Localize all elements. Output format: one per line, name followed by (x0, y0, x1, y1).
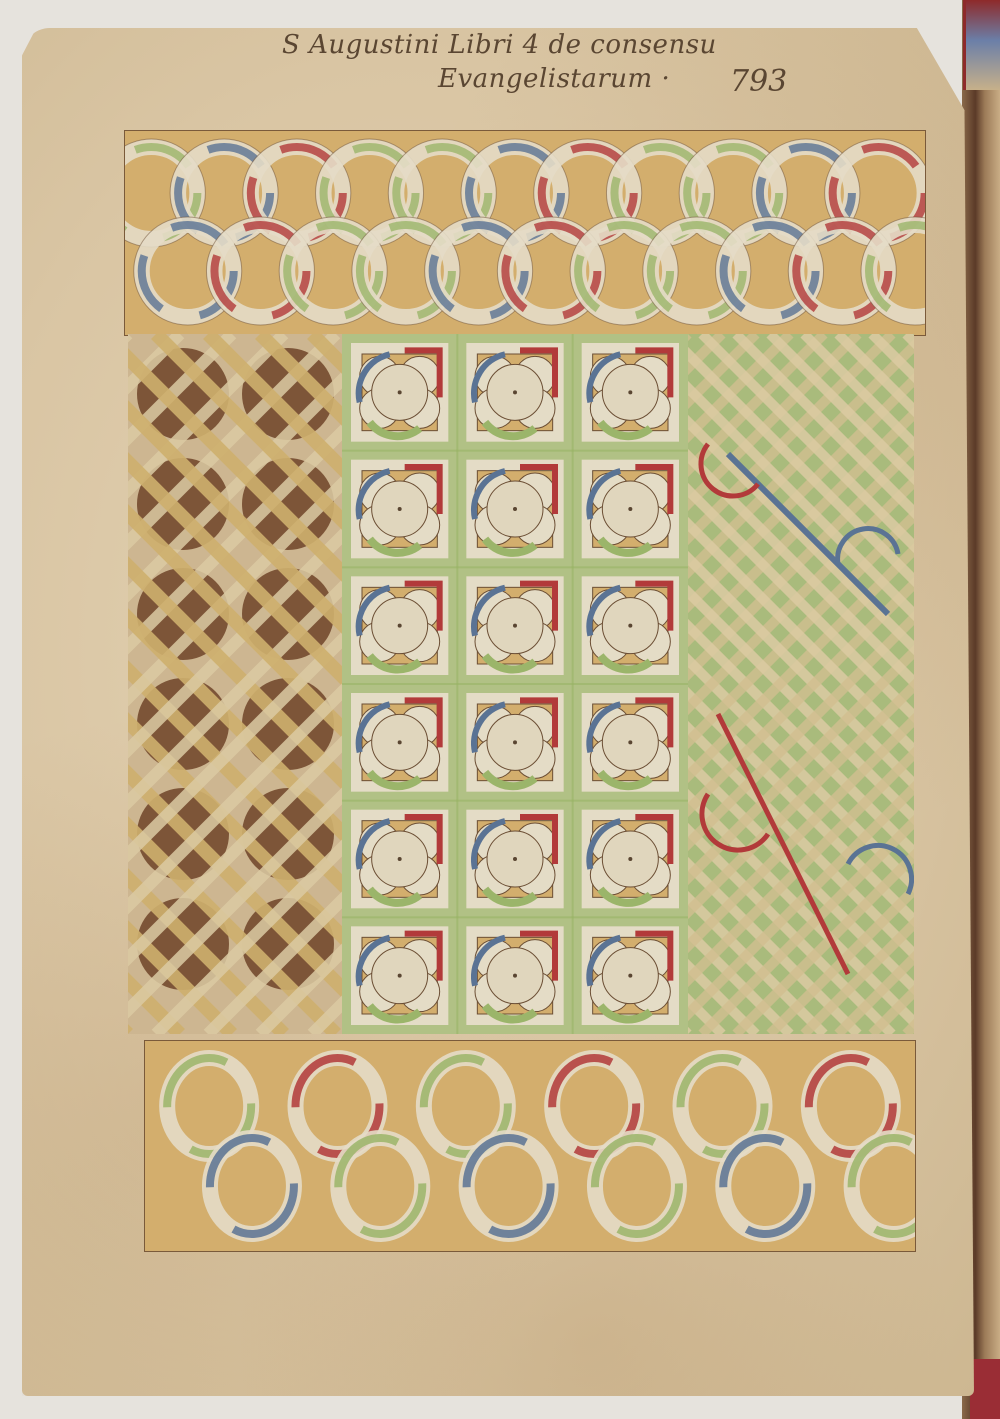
binding-tail (970, 1359, 1000, 1419)
right-lattice-column (688, 334, 914, 1034)
inscription-line-1: S Augustini Libri 4 de consensu (282, 30, 717, 60)
rosette-grid (342, 334, 688, 1034)
interlace-rings-icon (125, 131, 925, 335)
folio-number: 793 (730, 64, 787, 99)
inscription-separator: · (661, 64, 670, 94)
left-knotwork-column (128, 334, 342, 1034)
binding-headband (963, 0, 1000, 90)
knotwork-icon (128, 334, 342, 1034)
inscription-word: Evangelistarum (438, 64, 653, 94)
interlace-loops-icon (145, 1041, 915, 1251)
lattice-icon (688, 334, 914, 1034)
inscription-line-2: Evangelistarum · (438, 64, 670, 94)
top-interlace-band (124, 130, 926, 336)
rosette-grid-icon (342, 334, 688, 1034)
bottom-interlace-band (144, 1040, 916, 1252)
